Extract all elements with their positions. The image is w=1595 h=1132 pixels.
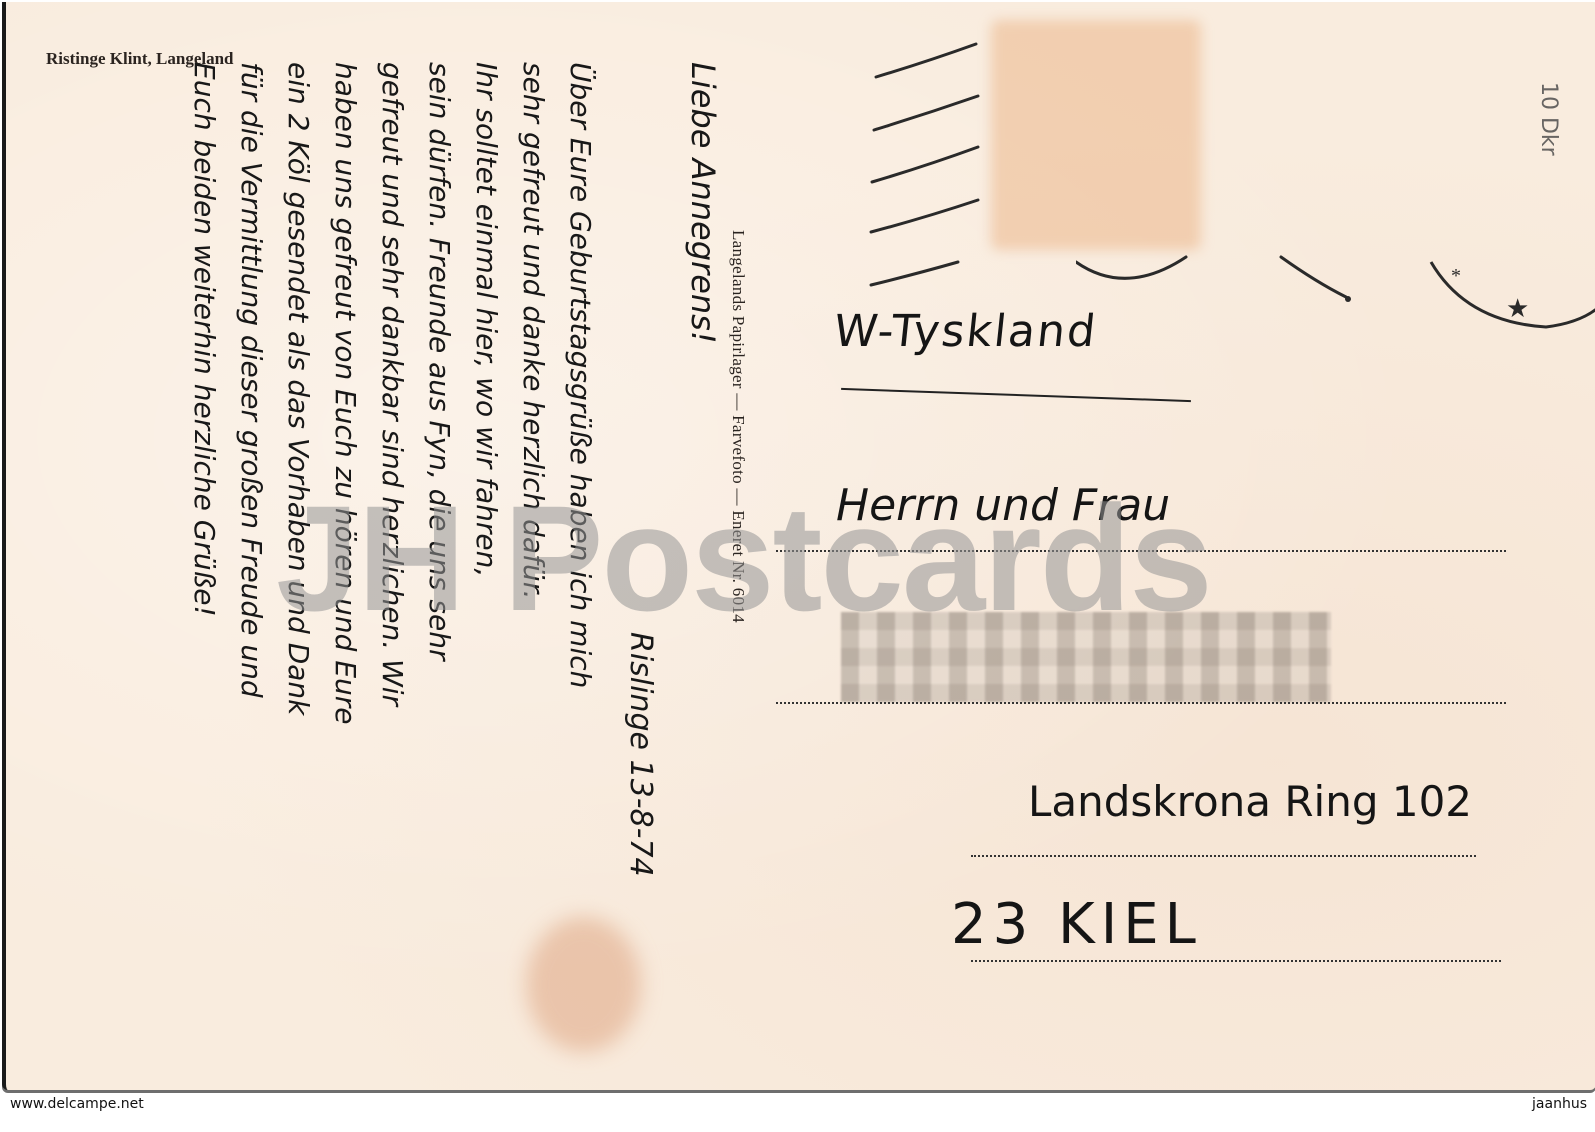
message-line: Ihr solltet einmal hier, wo wir fahren, (463, 62, 510, 1090)
postmark-star-icon: * ★ (1426, 182, 1595, 342)
message-line: sehr gefreut und danke herzlich dafür. (510, 62, 557, 1090)
pencil-edge-note: 10 Dkr (1536, 82, 1561, 156)
country-underline (841, 388, 1191, 402)
message-line: sein dürfen. Freunde aus Fyn, die uns se… (416, 62, 463, 1090)
address-dotted-line (776, 702, 1506, 704)
message-line: für die Vermittlung dieser großen Freude… (228, 62, 275, 1090)
address-country: W-Tyskland (831, 306, 1099, 357)
message-line: ein 2 Köl gesendet als das Vorhaben und … (275, 62, 322, 1090)
svg-text:*: * (1451, 265, 1461, 287)
address-dotted-line (776, 550, 1506, 552)
postcard-back: Ristinge Klint, Langeland Langelands Pap… (2, 2, 1595, 1090)
address-dotted-line (971, 855, 1476, 857)
message-line: Über Eure Geburtstagsgrüße haben ich mic… (557, 62, 604, 1090)
svg-text:★: ★ (1506, 294, 1529, 323)
address-city: 23 KIEL (951, 892, 1202, 957)
message-place-date: Rislinge 13-8-74 (604, 62, 664, 1090)
removed-stamp-stain (991, 20, 1201, 250)
address-dotted-line (971, 960, 1501, 962)
redacted-name (841, 612, 1331, 702)
address-addressee: Herrn und Frau (836, 480, 1170, 531)
message-line: Euch beiden weiterhin herzliche Grüße! (181, 62, 228, 1090)
source-site-link[interactable]: www.delcampe.net (10, 1096, 144, 1112)
message-greeting: Liebe Annegrens! (664, 62, 726, 1090)
message-line: haben uns gefreut von Euch zu hören und … (322, 62, 369, 1090)
message-line: gefreut und sehr dankbar sind herzlichen… (369, 62, 416, 1090)
address-street: Landskrona Ring 102 (1028, 777, 1472, 826)
handwritten-message: Liebe Annegrens! Rislinge 13-8-74 Über E… (36, 62, 726, 1090)
publisher-line: Langelands Papirlager — Farvefoto — Ener… (728, 230, 748, 623)
postmark-arc-icon (1076, 252, 1396, 332)
cancel-wavy-lines-icon (866, 32, 996, 292)
uploader-name: jaanhus (1532, 1096, 1587, 1112)
